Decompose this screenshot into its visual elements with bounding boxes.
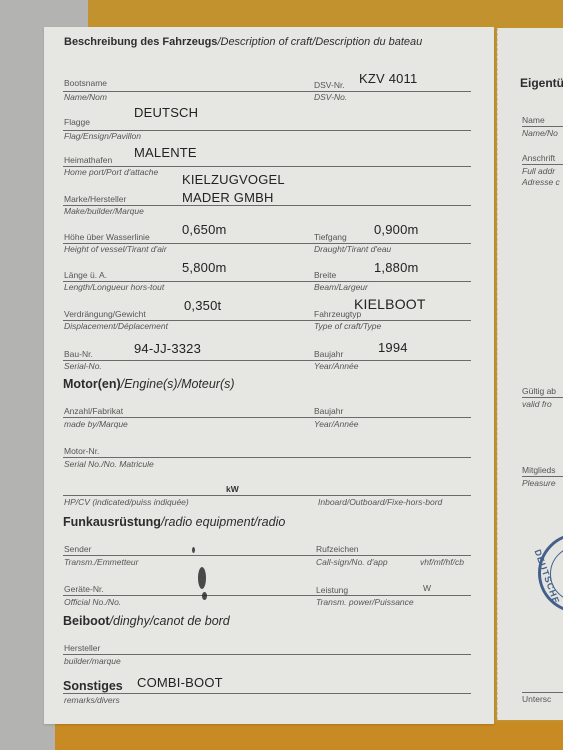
motor-no-label: Motor-Nr. [64,446,99,456]
engine-year-label: Baujahr [314,406,343,416]
draught-sub: Draught/Tirant d'eau [314,244,391,254]
membership-sub: Pleasure [522,478,556,488]
height-sub: Height of vessel/Tirant d'air [64,244,167,254]
engine-count-label: Anzahl/Fabrikat [64,406,123,416]
signature-label: Untersc [522,694,551,704]
flag-sub: Flag/Ensign/Pavillon [64,131,141,141]
height-label: Höhe über Wasserlinie [64,232,150,242]
owner-heading: Eigentü [520,76,563,90]
engine-count-sub: made by/Marque [64,419,128,429]
transmitter-label: Sender [64,544,91,554]
home-port-value: MALENTE [134,145,197,160]
address-label: Anschrift [522,153,555,163]
divider [63,693,471,694]
engine-heading: Motor(en)/Engine(s)/Moteur(s) [63,377,235,391]
craft-type-value: KIELBOOT [354,296,426,312]
draught-value: 0,900m [374,222,419,237]
transmitter-sub: Transm./Emmetteur [64,557,138,567]
make-sub: Make/builder/Marque [64,206,144,216]
displacement-sub: Displacement/Déplacement [64,321,168,331]
device-no-sub: Official No./No. [64,597,121,607]
length-sub: Length/Longueur hors-tout [64,282,164,292]
craft-type-label: Fahrzeugtyp [314,309,361,319]
dsv-no-sub: DSV-No. [314,92,347,102]
divider [522,476,563,477]
membership-label: Mitglieds [522,465,556,475]
year-label: Baujahr [314,349,343,359]
other-sub: remarks/divers [64,695,120,705]
boat-name-label: Bootsname [64,78,107,88]
divider [63,495,471,496]
beam-label: Breite [314,270,336,280]
address-sub-2: Adresse c [522,177,560,187]
length-value: 5,800m [182,260,227,275]
dinghy-builder-sub: builder/marque [64,656,121,666]
page-title: Beschreibung des Fahrzeugs/Description o… [64,36,422,48]
other-heading: Sonstiges [63,679,123,693]
make-value-line1: KIELZUGVOGEL [182,172,285,187]
address-sub-1: Full addr [522,166,555,176]
divider [522,692,563,693]
valid-from-sub: valid fro [522,399,552,409]
valid-from-label: Gültig ab [522,386,556,396]
beam-sub: Beam/Largeur [314,282,368,292]
craft-description-page: Beschreibung des Fahrzeugs/Description o… [44,27,494,724]
year-value: 1994 [378,340,408,355]
dinghy-builder-label: Hersteller [64,643,100,653]
divider [63,457,471,458]
hp-sub: HP/CV (indicated/puiss indiquée) [64,497,189,507]
ink-smudge [202,592,207,600]
divider [63,595,471,596]
year-sub: Year/Année [314,361,358,371]
divider [522,164,563,165]
make-label: Marke/Hersteller [64,194,126,204]
power-unit: W [423,583,431,593]
serial-label: Bau-Nr. [64,349,93,359]
power-sub: Transm. power/Puissance [316,597,414,607]
power-label: Leistung [316,585,348,595]
beam-value: 1,880m [374,260,419,275]
device-no-label: Geräte-Nr. [64,584,104,594]
ink-smudge [192,547,195,553]
divider [522,126,563,127]
boat-name-sub: Name/Nom [64,92,107,102]
divider [63,91,471,92]
make-value-line2: MADER GMBH [182,190,274,205]
length-label: Länge ü. A. [64,270,107,280]
power-unit-label: kW [226,484,239,494]
home-port-label: Heimathafen [64,155,112,165]
divider [63,555,471,556]
call-sign-sub: Call-sign/No. d'app [316,557,388,567]
flag-label: Flagge [64,117,90,127]
craft-type-sub: Type of craft/Type [314,321,381,331]
call-sign-bands: vhf/mf/hf/cb [420,557,464,567]
divider [63,654,471,655]
flag-value: DEUTSCH [134,105,198,120]
owner-name-sub: Name/No [522,128,558,138]
owner-page: Eigentü Name Name/No Anschrift Full addr… [497,28,563,720]
mount-sub: Inboard/Outboard/Fixe-hors-bord [318,497,442,507]
owner-name-label: Name [522,115,545,125]
motor-no-sub: Serial No./No. Matricule [64,459,154,469]
displacement-value: 0,350t [184,298,221,313]
ink-smudge [198,567,206,589]
dinghy-heading: Beiboot/dinghy/canot de bord [63,614,230,628]
engine-year-sub: Year/Année [314,419,358,429]
radio-heading: Funkausrüstung/radio equipment/radio [63,515,285,529]
divider [522,397,563,398]
draught-label: Tiefgang [314,232,347,242]
other-value: COMBI-BOOT [137,675,223,690]
serial-value: 94-JJ-3323 [134,341,201,356]
serial-sub: Serial-No. [64,361,102,371]
home-port-sub: Home port/Port d'attache [64,167,158,177]
dsv-no-label: DSV-Nr. [314,80,345,90]
call-sign-label: Rufzeichen [316,544,359,554]
height-value: 0,650m [182,222,227,237]
divider [63,360,471,361]
passport-cover-bottom [55,722,563,750]
displacement-label: Verdrängung/Gewicht [64,309,146,319]
dsv-no-value: KZV 4011 [359,71,417,86]
divider [63,417,471,418]
